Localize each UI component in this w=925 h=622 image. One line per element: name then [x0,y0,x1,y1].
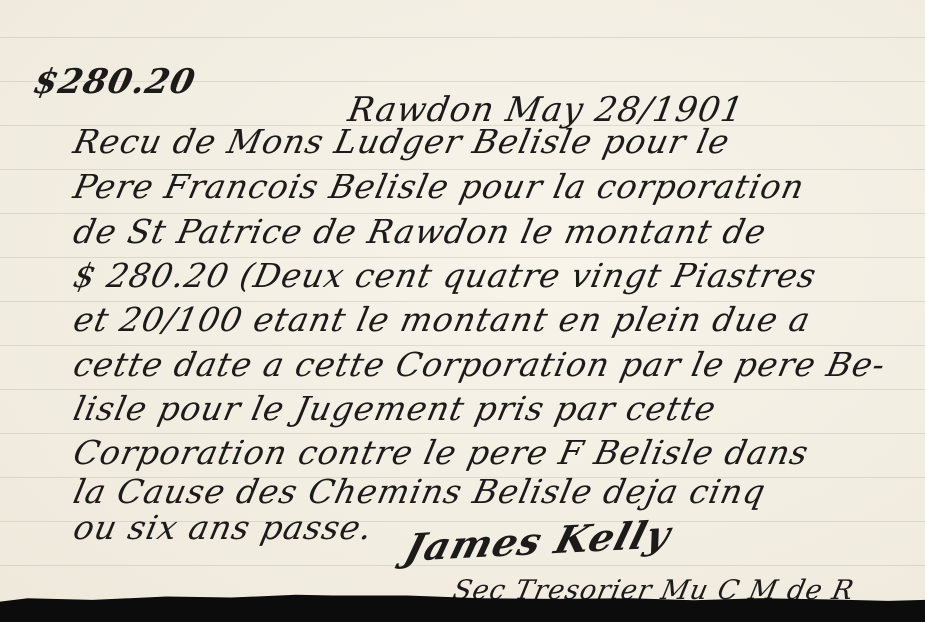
body-line: lisle pour le Jugement pris par cette [70,389,720,428]
body-line: cette date a cette Corporation par le pe… [70,345,889,384]
body-line: et 20/100 etant le montant en plein due … [70,300,814,339]
body-line: de St Patrice de Rawdon le montant de [70,212,770,251]
body-line: ou six ans passe. [70,508,377,547]
signature: James Kelly [400,511,676,570]
body-line: Pere Francois Belisle pour la corporatio… [70,167,808,206]
body-line: $ 280.20 (Deux cent quatre vingt Piastre… [70,256,820,295]
body-line: Corporation contre le pere F Belisle dan… [70,433,813,472]
amount-header: $280.20 [30,62,199,102]
body-line: la Cause des Chemins Belisle deja cinq [70,472,770,511]
body-line: Recu de Mons Ludger Belisle pour le [70,122,734,161]
document-page: $280.20 Rawdon May 28/1901 Recu de Mons … [0,0,925,622]
